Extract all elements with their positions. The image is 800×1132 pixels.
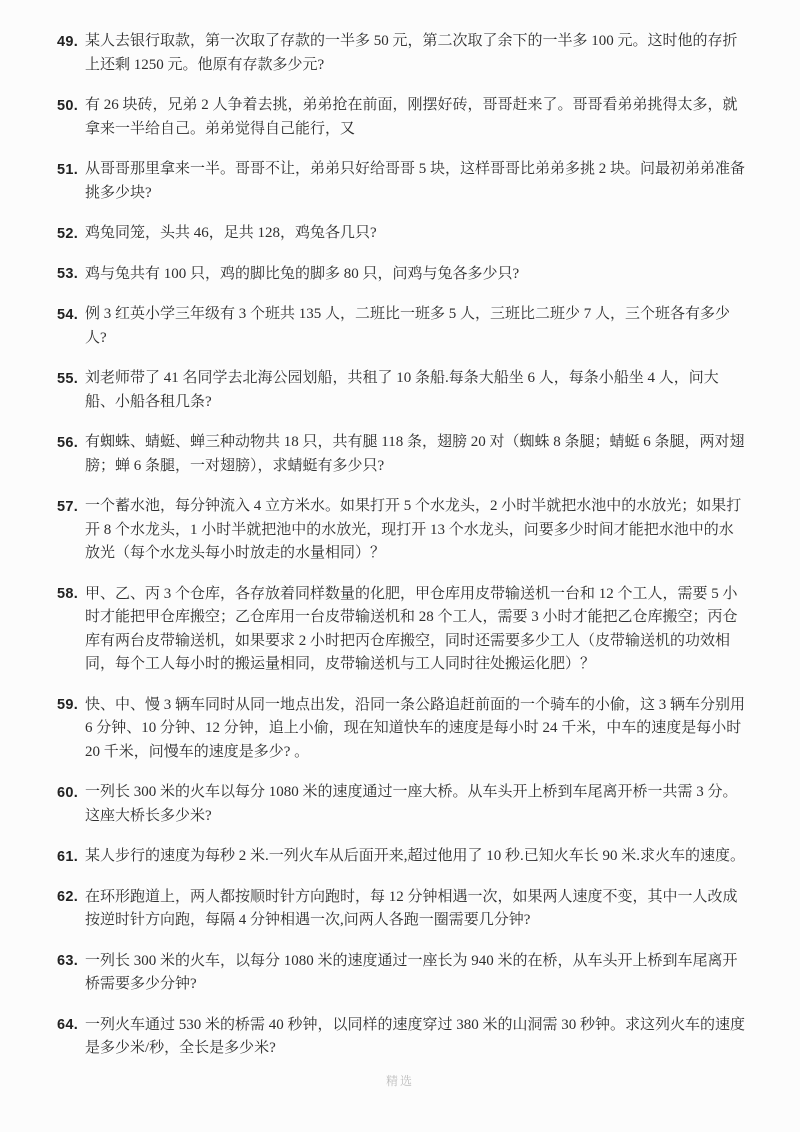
problem-number: 60.	[57, 782, 78, 806]
problem-number: 59.	[57, 694, 78, 718]
problem-56: 56. 有蜘蛛、蜻蜓、蝉三种动物共 18 只，共有腿 118 条，翅膀 20 对…	[57, 431, 748, 478]
problem-49: 49. 某人去银行取款，第一次取了存款的一半多 50 元，第二次取了余下的一半多…	[57, 30, 748, 77]
problem-64: 64. 一列火车通过 530 米的桥需 40 秒钟，以同样的速度穿过 380 米…	[57, 1014, 748, 1061]
problem-55: 55. 刘老师带了 41 名同学去北海公园划船，共租了 10 条船.每条大船坐 …	[57, 367, 748, 414]
problem-number: 62.	[57, 886, 78, 910]
problem-text: 一列火车通过 530 米的桥需 40 秒钟，以同样的速度穿过 380 米的山洞需…	[85, 1017, 745, 1057]
problem-60: 60. 一列长 300 米的火车以每分 1080 米的速度通过一座大桥。从车头开…	[57, 781, 748, 828]
problem-62: 62. 在环形跑道上，两人都按顺时针方向跑时，每 12 分钟相遇一次，如果两人速…	[57, 886, 748, 933]
problem-number: 50.	[57, 95, 78, 119]
problem-text: 某人去银行取款，第一次取了存款的一半多 50 元，第二次取了余下的一半多 100…	[85, 33, 738, 73]
problem-61: 61. 某人步行的速度为每秒 2 米.一列火车从后面开来,超过他用了 10 秒.…	[57, 845, 748, 869]
problem-text: 鸡兔同笼，头共 46，足共 128，鸡兔各几只?	[85, 225, 377, 241]
problem-text: 一个蓄水池，每分钟流入 4 立方米水。如果打开 5 个水龙头，2 小时半就把水池…	[85, 498, 741, 561]
problem-text: 鸡与兔共有 100 只，鸡的脚比兔的脚多 80 只，问鸡与兔各多少只?	[85, 266, 519, 282]
problem-51: 51. 从哥哥那里拿来一半。哥哥不让，弟弟只好给哥哥 5 块，这样哥哥比弟弟多挑…	[57, 158, 748, 205]
problem-number: 58.	[57, 583, 78, 607]
problem-number: 63.	[57, 950, 78, 974]
problem-number: 54.	[57, 304, 78, 328]
problem-text: 从哥哥那里拿来一半。哥哥不让，弟弟只好给哥哥 5 块，这样哥哥比弟弟多挑 2 块…	[85, 161, 745, 201]
problem-number: 57.	[57, 496, 78, 520]
problem-53: 53. 鸡与兔共有 100 只，鸡的脚比兔的脚多 80 只，问鸡与兔各多少只?	[57, 263, 748, 287]
page-footer-watermark: 精选	[0, 1072, 800, 1089]
problem-number: 49.	[57, 31, 78, 55]
problem-text: 某人步行的速度为每秒 2 米.一列火车从后面开来,超过他用了 10 秒.已知火车…	[85, 848, 745, 864]
document-page: 49. 某人去银行取款，第一次取了存款的一半多 50 元，第二次取了余下的一半多…	[0, 0, 800, 1132]
problem-number: 64.	[57, 1014, 78, 1038]
problem-54: 54. 例 3 红英小学三年级有 3 个班共 135 人，二班比一班多 5 人，…	[57, 303, 748, 350]
problem-text: 有蜘蛛、蜻蜓、蝉三种动物共 18 只，共有腿 118 条，翅膀 20 对（蜘蛛 …	[85, 434, 744, 474]
problem-number: 53.	[57, 263, 78, 287]
problem-text: 刘老师带了 41 名同学去北海公园划船，共租了 10 条船.每条大船坐 6 人，…	[85, 370, 719, 410]
problem-57: 57. 一个蓄水池，每分钟流入 4 立方米水。如果打开 5 个水龙头，2 小时半…	[57, 495, 748, 566]
problem-63: 63. 一列长 300 米的火车，以每分 1080 米的速度通过一座长为 940…	[57, 950, 748, 997]
problem-59: 59. 快、中、慢 3 辆车同时从同一地点出发，沿同一条公路追赶前面的一个骑车的…	[57, 694, 748, 765]
problem-number: 55.	[57, 368, 78, 392]
problem-text: 例 3 红英小学三年级有 3 个班共 135 人，二班比一班多 5 人，三班比二…	[85, 306, 730, 346]
problem-list: 49. 某人去银行取款，第一次取了存款的一半多 50 元，第二次取了余下的一半多…	[0, 0, 800, 1061]
problem-text: 在环形跑道上，两人都按顺时针方向跑时，每 12 分钟相遇一次，如果两人速度不变，…	[85, 889, 738, 929]
problem-number: 61.	[57, 846, 78, 870]
problem-number: 51.	[57, 159, 78, 183]
problem-58: 58. 甲、乙、丙 3 个仓库，各存放着同样数量的化肥，甲仓库用皮带输送机一台和…	[57, 583, 748, 677]
problem-text: 一列长 300 米的火车以每分 1080 米的速度通过一座大桥。从车头开上桥到车…	[85, 784, 738, 824]
problem-50: 50. 有 26 块砖，兄弟 2 人争着去挑，弟弟抢在前面，刚摆好砖，哥哥赶来了…	[57, 94, 748, 141]
problem-text: 有 26 块砖，兄弟 2 人争着去挑，弟弟抢在前面，刚摆好砖，哥哥赶来了。哥哥看…	[85, 97, 738, 137]
problem-text: 一列长 300 米的火车，以每分 1080 米的速度通过一座长为 940 米的在…	[85, 953, 738, 993]
problem-number: 52.	[57, 223, 78, 247]
problem-text: 快、中、慢 3 辆车同时从同一地点出发，沿同一条公路追赶前面的一个骑车的小偷，这…	[85, 697, 745, 760]
problem-text: 甲、乙、丙 3 个仓库，各存放着同样数量的化肥，甲仓库用皮带输送机一台和 12 …	[85, 586, 738, 673]
problem-52: 52. 鸡兔同笼，头共 46，足共 128，鸡兔各几只?	[57, 222, 748, 246]
problem-number: 56.	[57, 432, 78, 456]
